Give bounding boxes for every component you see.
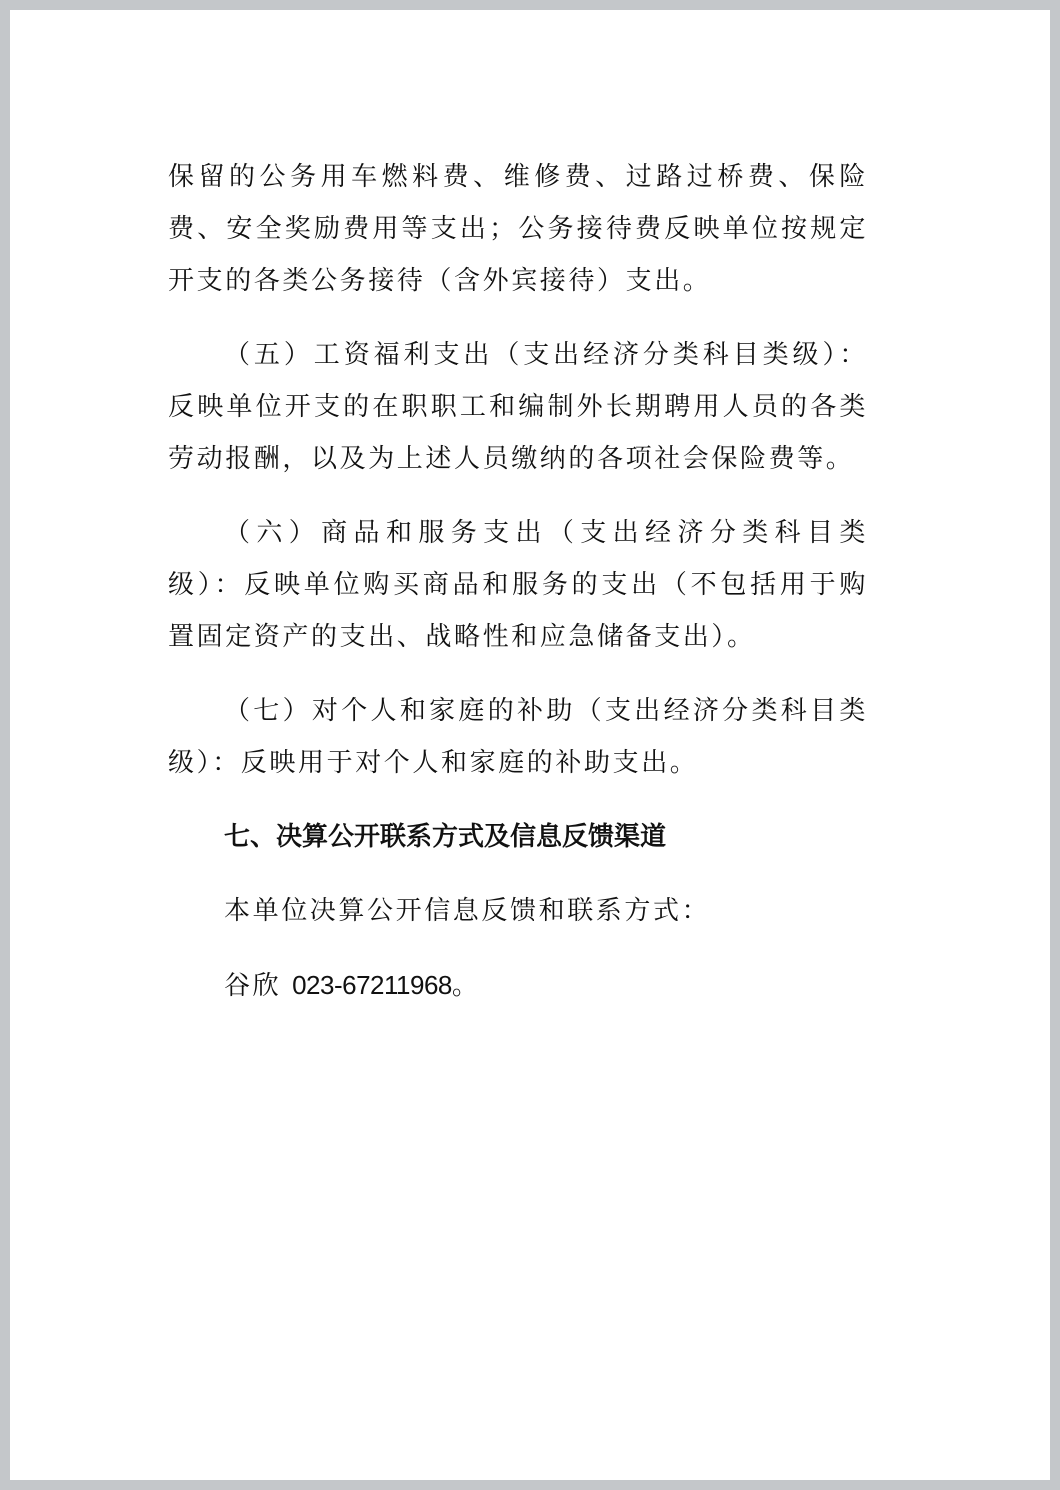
contact-end-punctuation: 。 [452,971,481,1001]
section-heading-contact: 七、决算公开联系方式及信息反馈渠道 [168,811,868,863]
paragraph-goods-services: （六）商品和服务支出（支出经济分类科目类级）：反映单位购买商品和服务的支出（不包… [168,507,868,663]
contact-phone: 023-67211968 [292,970,452,1000]
contact-name: 谷欣 [224,971,281,1001]
paragraph-wages-welfare: （五）工资福利支出（支出经济分类科目类级）：反映单位开支的在职职工和编制外长期聘… [168,329,868,485]
document-body: 保留的公务用车燃料费、维修费、过路过桥费、保险费、安全奖励费用等支出；公务接待费… [168,151,868,1012]
paragraph-household-subsidies: （七）对个人和家庭的补助（支出经济分类科目类级）：反映用于对个人和家庭的补助支出… [168,685,868,789]
paragraph-vehicle-reception-expenses: 保留的公务用车燃料费、维修费、过路过桥费、保险费、安全奖励费用等支出；公务接待费… [168,151,868,307]
document-page: 保留的公务用车燃料费、维修费、过路过桥费、保险费、安全奖励费用等支出；公务接待费… [10,10,1050,1480]
contact-intro: 本单位决算公开信息反馈和联系方式： [168,885,868,937]
contact-info: 谷欣 023-67211968。 [168,959,868,1012]
